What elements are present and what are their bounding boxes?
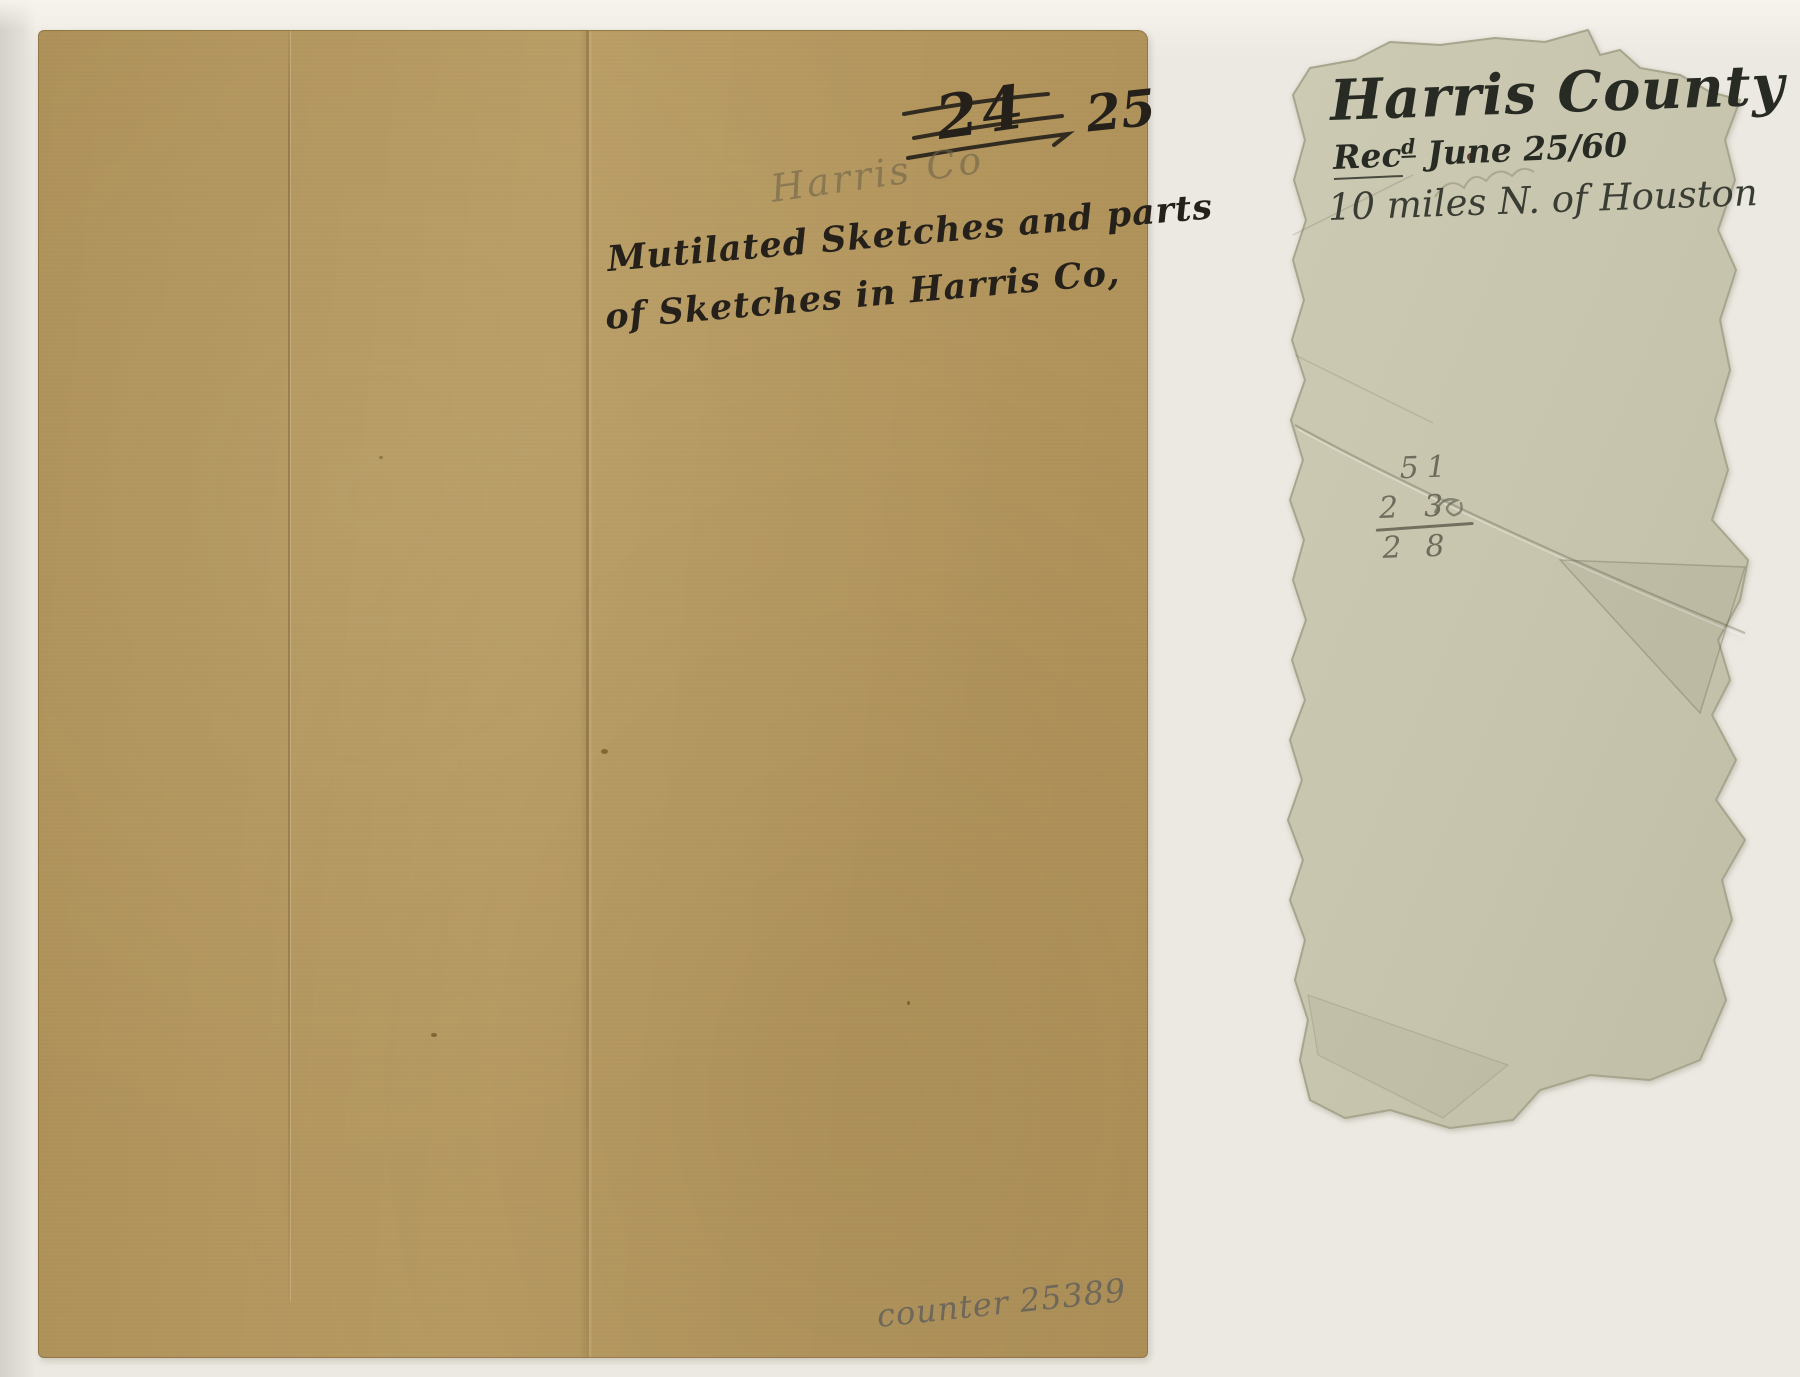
envelope-fold-crease	[586, 31, 589, 1357]
pencil-scribble-over-digit	[1430, 489, 1465, 524]
counter-number-note: counter 25389	[875, 1271, 1128, 1335]
torn-paper-slip: Harris County Recd June 25/60 10 miles N…	[1283, 25, 1763, 1140]
received-abbreviation: Rec	[1332, 135, 1402, 180]
envelope-folder: 24 25 Harris Co Mutilated Sketches and p…	[38, 30, 1148, 1358]
paper-stain	[379, 456, 383, 459]
envelope-fold-line-left	[288, 31, 290, 1301]
received-superscript: d	[1401, 134, 1416, 159]
envelope-title-line1: Mutilated Sketches and parts	[605, 186, 1214, 280]
arithmetic-difference: 28	[1382, 527, 1497, 566]
paper-stain	[907, 1001, 910, 1005]
arithmetic-minuend: 51	[1399, 448, 1494, 486]
scan-edge-shadow	[0, 0, 36, 1377]
paper-stain	[431, 1033, 437, 1037]
pencil-county-label: Harris Co	[768, 137, 987, 210]
corrected-number: 25	[1083, 78, 1158, 144]
document-scan: 24 25 Harris Co Mutilated Sketches and p…	[0, 0, 1800, 1377]
pencil-arithmetic: 51 23 28	[1373, 448, 1497, 566]
paper-stain	[601, 749, 608, 754]
